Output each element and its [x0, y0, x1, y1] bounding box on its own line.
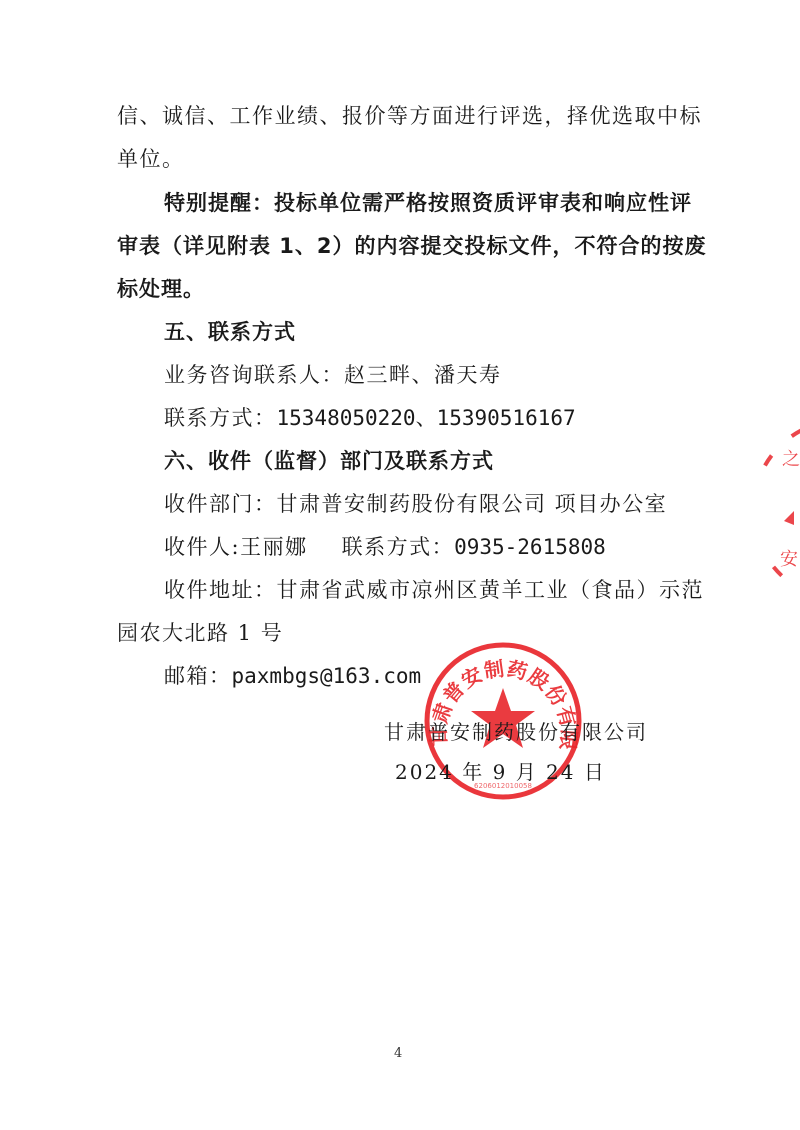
department-value: 甘肃普安制药股份有限公司 项目办公室: [277, 492, 668, 516]
paragraph-line: 标处理。: [117, 275, 205, 303]
recipient-phone-value: 0935-2615808: [454, 535, 606, 559]
special-reminder-label: 特别提醒：: [164, 191, 274, 215]
contact-phone-value: 15348050220、15390516167: [277, 406, 576, 430]
address-label: 收件地址：: [164, 578, 277, 602]
svg-text:安: 安: [780, 549, 798, 570]
recipient-label: 收件人:: [164, 535, 240, 559]
section-6-heading: 六、收件（监督）部门及联系方式: [164, 447, 494, 475]
contact-persons-line: 业务咨询联系人：赵三畔、潘天寿: [164, 361, 502, 389]
special-reminder-text: 投标单位需严格按照资质评审表和响应性评: [274, 191, 692, 215]
contact-phone-line: 联系方式：15348050220、15390516167: [164, 404, 576, 432]
contact-phone-label: 联系方式：: [164, 406, 277, 430]
seam-seal-icon: 之 安: [762, 425, 800, 595]
department-line: 收件部门：甘肃普安制药股份有限公司 项目办公室: [164, 490, 667, 518]
special-reminder-line: 特别提醒：投标单位需严格按照资质评审表和响应性评: [164, 189, 692, 217]
contact-persons-value: 赵三畔、潘天寿: [344, 363, 502, 387]
section-5-heading: 五、联系方式: [164, 318, 296, 346]
address-value: 甘肃省武威市凉州区黄羊工业（食品）示范: [277, 578, 705, 602]
recipient-value: 王丽娜: [240, 535, 308, 559]
department-label: 收件部门：: [164, 492, 277, 516]
email-label: 邮箱：: [164, 664, 232, 688]
address-line: 收件地址：甘肃省武威市凉州区黄羊工业（食品）示范: [164, 576, 704, 604]
page-number: 4: [394, 1046, 402, 1061]
signature-company: 甘肃普安制药股份有限公司: [384, 716, 648, 745]
paragraph-line: 单位。: [117, 145, 185, 173]
address-line-2: 园农大北路 1 号: [117, 619, 283, 647]
signature-date: 2024 年 9 月 24 日: [395, 756, 606, 785]
email-value[interactable]: paxmbgs@163.com: [232, 664, 422, 688]
contact-persons-label: 业务咨询联系人：: [164, 363, 344, 387]
email-line: 邮箱：paxmbgs@163.com: [164, 662, 421, 690]
recipient-line: 收件人:王丽娜联系方式：0935-2615808: [164, 533, 606, 561]
svg-text:之: 之: [782, 449, 800, 470]
paragraph-line: 审表（详见附表 1、2）的内容提交投标文件，不符合的按废: [117, 232, 707, 260]
paragraph-line: 信、诚信、工作业绩、报价等方面进行评选，择优选取中标: [117, 102, 702, 130]
recipient-phone-label: 联系方式：: [342, 535, 455, 559]
